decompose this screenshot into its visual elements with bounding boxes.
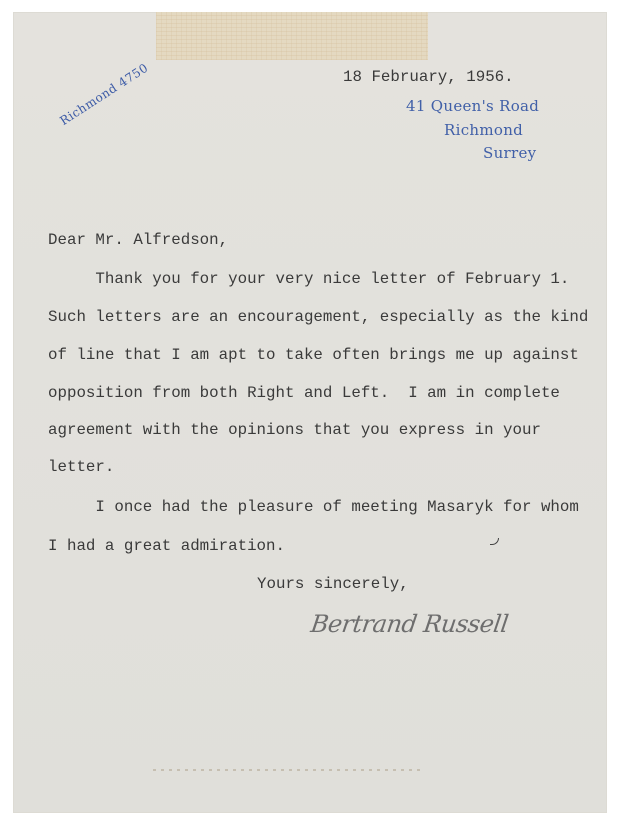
body-line-3: of line that I am apt to take often brin… xyxy=(48,346,579,364)
salutation: Dear Mr. Alfredson, xyxy=(48,231,228,249)
body-line-1: Thank you for your very nice letter of F… xyxy=(48,270,569,288)
body-line-8: I had a great admiration. xyxy=(48,537,285,555)
body-line-5: agreement with the opinions that you exp… xyxy=(48,421,541,439)
body-line-4: opposition from both Right and Left. I a… xyxy=(48,384,560,402)
body-line-7: I once had the pleasure of meeting Masar… xyxy=(48,498,579,516)
handwritten-comma-mark xyxy=(490,538,499,545)
faint-typewriter-marks xyxy=(153,769,423,771)
adhesive-tape-remnant xyxy=(156,12,428,60)
letterhead-address-line-2: Richmond xyxy=(444,121,523,139)
body-line-2: Such letters are an encouragement, espec… xyxy=(48,308,588,326)
letterhead-address-line-3: Surrey xyxy=(483,144,536,162)
letter-date: 18 February, 1956. xyxy=(343,68,514,86)
body-line-6: letter. xyxy=(48,458,114,476)
letterhead-telephone: Richmond 4750 xyxy=(57,61,150,128)
closing: Yours sincerely, xyxy=(257,575,409,593)
letter-paper: Richmond 4750 18 February, 1956. 41 Quee… xyxy=(13,12,607,813)
signature: Bertrand Russell xyxy=(309,610,510,638)
letterhead-address-line-1: 41 Queen's Road xyxy=(406,97,539,115)
